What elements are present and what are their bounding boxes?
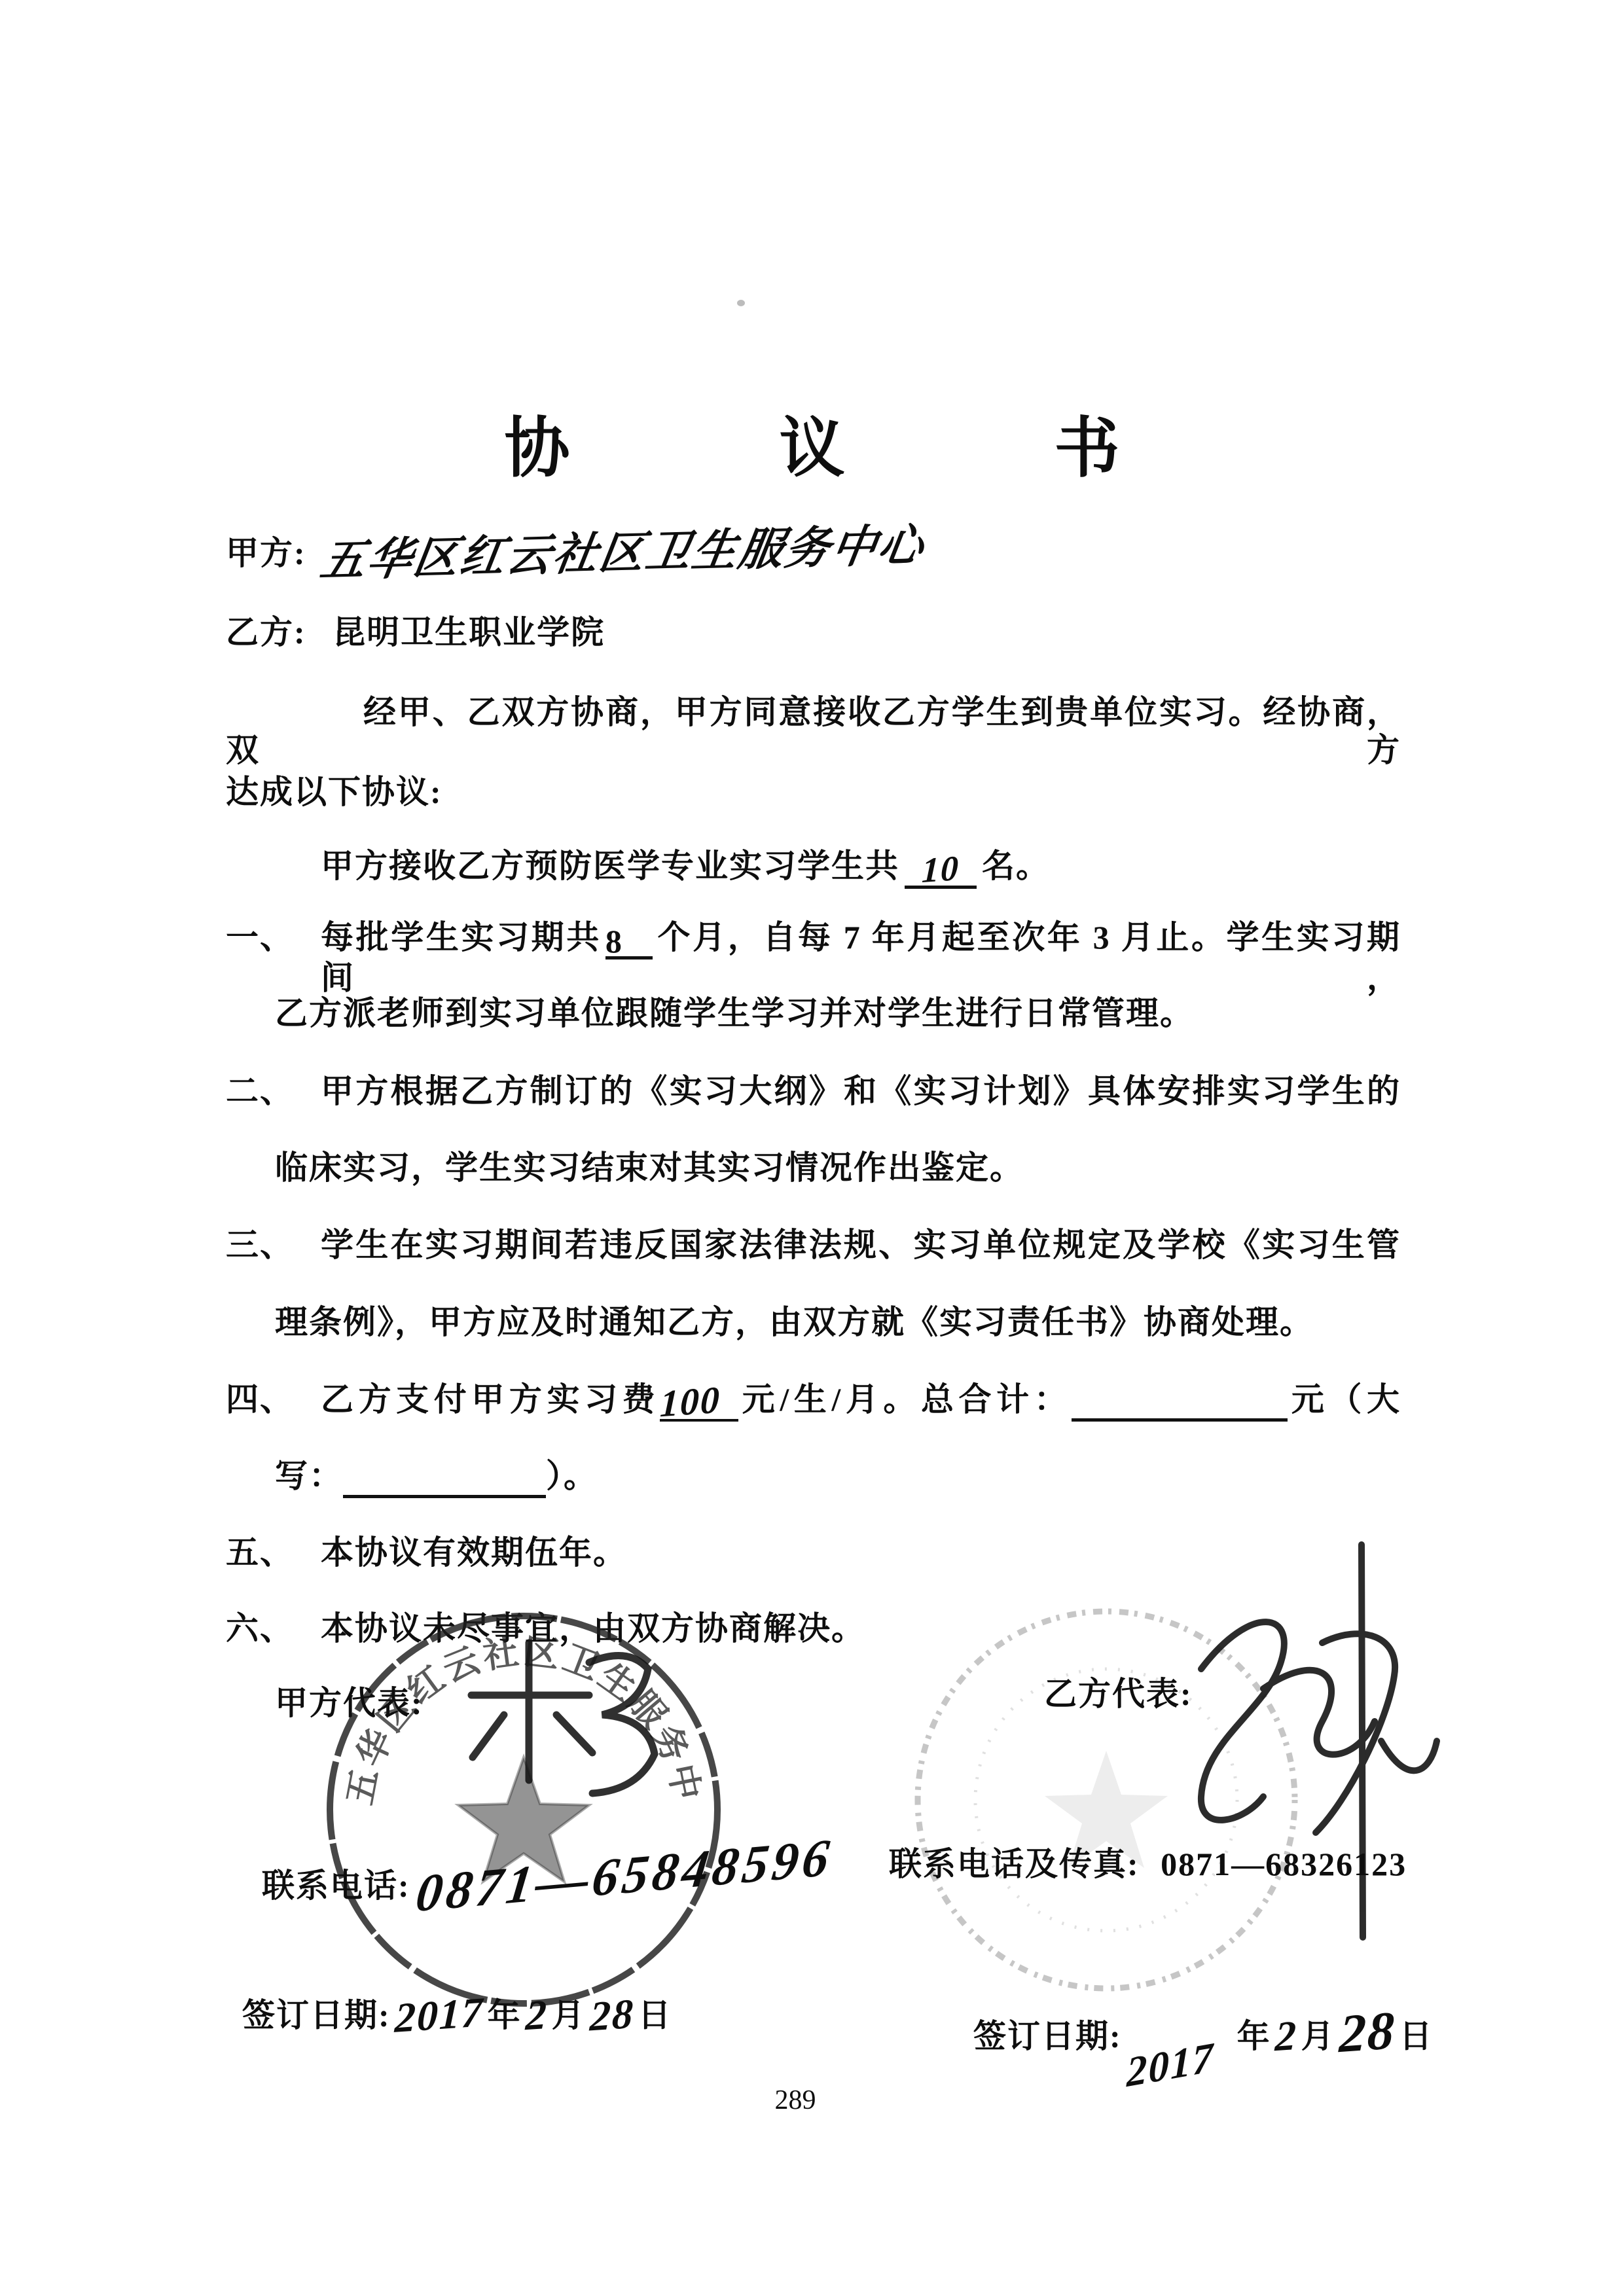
clause-4-fee-tail: 元（大 xyxy=(1288,1381,1401,1418)
clause-2-line-1: 甲方根据乙方制订的《实习大纲》和《实习计划》具体安排实习学生的 xyxy=(321,1073,1401,1111)
party-b-date-day-handwritten: 28 xyxy=(1338,2000,1396,2066)
clause-3-number: 三、 xyxy=(226,1227,294,1265)
party-b-label: 乙方: xyxy=(226,614,306,651)
document-title: 协 议 书 xyxy=(0,411,1624,486)
clause-4-daxie-label: 写： xyxy=(275,1458,343,1494)
party-a-date-line: 签订日期:2017年2月28日 xyxy=(242,1991,672,2039)
clause-1-line-2: 乙方派老师到实习单位跟随学生学习并对学生进行日常管理。 xyxy=(275,995,1194,1033)
party-a-date-month-unit: 月 xyxy=(552,1997,586,2034)
clause-4-fee-handwritten: 100 xyxy=(659,1383,721,1422)
clause-6-number: 六、 xyxy=(226,1610,294,1648)
preamble-line-1: 经甲、乙双方协商，甲方同意接收乙方学生到贵单位实习。经协商，双方 xyxy=(226,694,1401,769)
intake-count-blank: 10 xyxy=(905,853,977,889)
clause-4-fee-blank: 100 xyxy=(660,1385,738,1422)
party-a-date-year-handwritten: 2017 xyxy=(394,1988,484,2042)
scanned-agreement-page: 协 议 书 甲方:五华区红云社区卫生服务中心 乙方: 昆明卫生职业学院 经甲、乙… xyxy=(0,0,1624,2296)
clause-1-number: 一、 xyxy=(226,919,294,957)
party-b-phone-number: 0871—68326123 xyxy=(1161,1846,1407,1882)
clause-2-line-2: 临床实习，学生实习结束对其实习情况作出鉴定。 xyxy=(275,1149,1024,1187)
clause-3-line-2: 理条例》，甲方应及时通知乙方，由双方就《实习责任书》协商处理。 xyxy=(275,1304,1314,1342)
party-a-date-month-handwritten: 2 xyxy=(524,1990,548,2040)
clause-4-number: 四、 xyxy=(226,1381,294,1419)
party-a-phone-line: 联系电话:0871—65848596 xyxy=(262,1846,833,1906)
intake-count-handwritten: 10 xyxy=(921,852,960,887)
party-b-signature-handwriting xyxy=(1165,1525,1447,1957)
party-b-name: 昆明卫生职业学院 xyxy=(333,614,605,651)
party-b-phone-label: 联系电话及传真: xyxy=(889,1846,1140,1882)
preamble-line-2: 达成以下协议: xyxy=(226,774,442,812)
party-a-phone-label: 联系电话: xyxy=(262,1867,410,1904)
party-a-label: 甲方: xyxy=(226,535,306,571)
clause-1-months-value: 8 xyxy=(605,923,623,960)
intake-suffix: 名。 xyxy=(982,848,1050,884)
clause-5-number: 五、 xyxy=(226,1534,294,1572)
party-a-name-handwritten: 五华区红云社区卫生服务中心 xyxy=(317,520,928,587)
page-number: 289 xyxy=(704,2085,887,2116)
party-b-date-year-handwritten: 2017 xyxy=(1127,2033,1214,2097)
clause-4-daxie-blank: ​ xyxy=(343,1465,546,1498)
party-b-date-label: 签订日期: xyxy=(973,2018,1122,2054)
party-b-date-month-handwritten: 2 xyxy=(1274,2011,1297,2061)
party-b-line: 乙方: 昆明卫生职业学院 xyxy=(226,614,605,652)
party-a-date-day-unit: 日 xyxy=(638,1997,672,2034)
clause-5-line-1: 本协议有效期伍年。 xyxy=(321,1534,627,1572)
clause-4-fee-pre: 乙方支付甲方实习费 xyxy=(321,1381,660,1418)
party-b-date-line: 签订日期:2017年2月28日 xyxy=(973,2001,1434,2063)
party-a-date-day-handwritten: 28 xyxy=(588,1989,634,2041)
scan-speck xyxy=(737,300,745,306)
clause-4-daxie-tail: ）。 xyxy=(546,1458,598,1494)
clause-1-months-blank: 8 xyxy=(605,927,653,960)
party-a-date-label: 签订日期: xyxy=(242,1997,391,2034)
clause-1-text-pre: 每批学生实习期共 xyxy=(321,919,602,956)
clause-4-line-1: 乙方支付甲方实习费100元/生/月。总合计：​元（大 xyxy=(321,1381,1401,1422)
party-b-date-year-unit: 年 xyxy=(1237,2018,1271,2054)
intake-prefix: 甲方接收乙方预防医学专业实习学生共 xyxy=(321,848,899,884)
clause-4-fee-post: 元/生/月。总合计： xyxy=(738,1381,1072,1418)
clause-4-total-blank: ​ xyxy=(1072,1389,1288,1422)
party-b-date-month-unit: 月 xyxy=(1301,2018,1335,2054)
intake-line: 甲方接收乙方预防医学专业实习学生共10名。 xyxy=(321,848,1050,889)
party-b-date-day-unit: 日 xyxy=(1399,2018,1434,2054)
clause-3-line-1: 学生在实习期间若违反国家法律法规、实习单位规定及学校《实习生管 xyxy=(321,1227,1401,1265)
party-a-date-year-unit: 年 xyxy=(488,1997,522,2034)
clause-4-line-2: 写：​）。 xyxy=(275,1458,598,1498)
clause-2-number: 二、 xyxy=(226,1073,294,1111)
clause-1-line-1: 每批学生实习期共8个月，自每 7 年月起至次年 3 月止。学生实习期间， xyxy=(321,919,1401,997)
party-a-line: 甲方:五华区红云社区卫生服务中心 xyxy=(226,528,925,579)
party-b-phone-line: 联系电话及传真: 0871—68326123 xyxy=(889,1846,1407,1884)
party-a-signature-handwriting xyxy=(393,1617,694,1826)
